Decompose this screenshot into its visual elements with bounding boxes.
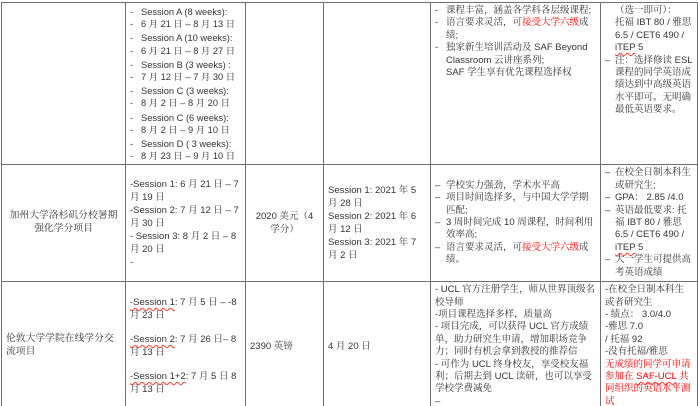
text-content: 6 月 21 日 – 8 月 13 日 [141,18,235,30]
spellcheck-underlined-text: -Session 1+2 [130,371,186,382]
text-line: -项目课程选择多样，质量高 [435,309,596,321]
text-segment: 接受大学六级 [522,17,579,28]
text-line: - 可作为 UCL 终身校友，享受校友福利；后期去到 UCL 读研，也可以享受学… [435,359,596,396]
text-content: SAF 学生享有优先课程选择权 [446,67,572,79]
document-page: -Session A (8 weeks):-6 月 21 日 – 8 月 13 … [0,0,698,406]
text-line: -Session A (8 weeks): [130,6,241,18]
text-line: – [435,396,596,406]
text-content: Session C (3 weeks): [141,85,229,97]
text-content: 课程丰富，涵盖各学科各层级课程; [446,5,591,17]
text-segment: Session A (10 weeks): [141,33,232,43]
text-line: -7 月 12 日 – 7 月 30 日 [130,71,241,83]
text-segment: 5 [635,242,643,253]
price-value: 2020 美元（4 学分） [250,210,319,236]
text-segment: 8 月 2 日 – 9 月 10 日 [141,125,230,135]
text-line: -独家新生培训活动及 SAF Beyond Classroom 云讲座系列; [435,42,596,67]
text-segment: Session 1: 2021 年 5 月 28 日 [328,185,416,209]
bullet-dash: – [435,217,446,229]
text-segment: GPA： 2.85 /4.0 [615,192,683,203]
cell-features-2: –学校实力强劲，学术水平高–项目时间选择多，与中国大学学期匹配;–3 周时间完成… [431,165,601,282]
text-content: 7 月 12 日 – 7 月 30 日 [141,71,235,83]
text-content: 在校全日制本科生或研究生; [615,167,693,192]
text-segment: -在校全日制本科生或者研究生 [605,284,684,307]
bullet-dash: - [130,138,141,150]
bullet-dash: - [130,112,141,124]
text-content: Session B (3 weeks) : [141,59,231,71]
text-segment: 接受大学六级 [522,242,579,253]
bullet-dash: - [435,17,446,29]
text-segment: 5 [635,42,643,53]
text-segment: -雅思 7.0 [605,321,643,332]
text-content: -没有托福/雅思 [605,346,668,357]
text-line: -6 月 21 日 – 8 月 27 日 [130,45,241,57]
text-line: -Session 2: 7 月 26 日– 8 月 13 日 [130,333,241,359]
text-content: 注：选择修读 ESL 课程的同学英语成绩达到中高级英语水平即可。无明确最低英语要… [615,55,693,117]
text-line: -Session 1: 6 月 21 日 – 7 月 19 日 [130,178,241,204]
text-content: Session A (10 weeks): [141,32,232,44]
text-segment: -没有托福/雅思 [605,346,668,357]
bullet-dash: – [435,180,446,192]
text-content: - Session 3: 8 月 2 日 – 8 月 20 日 [130,231,236,255]
text-segment: Session C (6 weeks): [141,113,229,123]
cell-price-2: 2020 美元（4 学分） [246,165,324,282]
table-row-1: -Session A (8 weeks):-6 月 21 日 – 8 月 13 … [2,3,698,165]
text-content: - 可作为 UCL 终身校友，享受校友福利；后期去到 UCL 读研，也可以享受学… [435,359,592,395]
cell-features-1: -课程丰富，涵盖各学科各层级课程;-语言要求灵活，可接受大学六级成绩;-独家新生… [431,3,601,165]
text-line: -8 月 23 日 – 9 月 10 日 [130,150,241,162]
text-segment: - [130,257,133,268]
text-content: -Session 2: 7 月 26 日– 8 月 13 日 [130,334,236,358]
bullet-dash: - [435,5,446,17]
text-line: - UCL 官方注册学生，师从世界顶级名校导师 [435,284,596,309]
text-content: Session 3: 2021 年 7 月 2 日 [328,237,416,261]
text-content: Session 1: 2021 年 5 月 28 日 [328,185,416,209]
text-segment: 6 月 21 日 – 8 月 13 日 [141,19,235,29]
bullet-dash: – [605,254,615,266]
text-line: -Session 1+2: 7 月 5 日 8 月 13 日 [130,370,241,396]
text-line: - 项目完成，可以获得 UCL 官方成绩单，助力研究生申请，增加职场竞争力；同时… [435,321,596,358]
spellcheck-underlined-text: SAF-UCL [636,371,676,382]
program-comparison-table: -Session A (8 weeks):-6 月 21 日 – 8 月 13 … [1,2,698,406]
text-segment: 8 月 2 日 – 8 月 20 日 [141,98,230,108]
text-segment: -Session 2: 7 月 12 日 – 7 月 30 日 [130,205,239,229]
program-title: 加州大学洛杉矶分校暑期强化学分项目 [6,210,121,236]
text-content: 语言要求灵活，可接受大学六级成绩; [446,17,596,42]
bullet-dash: – [435,192,446,204]
text-content: 语言要求灵活，可接受大学六级成绩。 [446,242,596,267]
text-line: - [130,256,241,269]
text-line: （选一即可）： [605,5,693,17]
text-content: -在校全日制本科生或者研究生 [605,284,684,307]
bullet-dash: - [130,71,141,83]
text-segment: 在校全日制本科生或研究生; [615,167,691,190]
text-content: 托福 IBT 80 / 雅思 6.5 / CET6 490 / iTEP 5 [615,17,693,54]
text-segment: 学校实力强劲，学术水平高 [446,180,560,191]
text-line: -Session C (6 weeks): [130,112,241,124]
bullet-dash: - [130,18,141,30]
text-segment: Session B (3 weeks) : [141,60,231,70]
bullet-dash: – [605,167,615,179]
cell-requirements-1: （选一即可）：托福 IBT 80 / 雅思 6.5 / CET6 490 / i… [601,3,698,165]
text-line: –3 周时间完成 10 周课程，时间利用效率高; [435,217,596,242]
text-segment: - Session 3: 8 月 2 日 – 8 月 20 日 [130,231,236,255]
text-line: –英语最低要求: 托福 IBT 80 / 雅思 6.5 / CET6 490 /… [605,205,693,255]
text-segment: （选一即可）： [615,5,677,16]
bullet-dash: – [605,205,615,217]
text-content: 大一学生可提供高考英语成绩 [615,254,693,279]
text-content: 3 周时间完成 10 周课程，时间利用效率高; [446,217,596,242]
text-content: – [435,396,440,406]
text-segment: 大一学生可提供高考英语成绩 [615,254,691,277]
text-content: Session 2: 2021 年 6 月 12 日 [328,211,416,235]
text-line: -Session C (3 weeks): [130,85,241,97]
text-line: -Session 1: 7 月 5 日 – -8 月 23 日 [130,296,241,322]
text-content: / 托福 92 [605,334,643,345]
text-segment: Session A (8 weeks): [141,7,227,17]
bullet-dash: - [130,124,141,136]
cell-requirements-2: –在校全日制本科生或研究生;–GPA： 2.85 /4.0–英语最低要求: 托福… [601,165,698,282]
text-content: 6 月 21 日 – 8 月 27 日 [141,45,235,57]
text-content: 英语最低要求: 托福 IBT 80 / 雅思 6.5 / CET6 490 / … [615,205,693,255]
text-content: - UCL 官方注册学生，师从世界顶级名校导师 [435,284,595,307]
text-line: Session 1: 2021 年 5 月 28 日 [328,184,426,210]
cell-price-1 [246,3,324,165]
text-content: -Session 1+2: 7 月 5 日 8 月 13 日 [130,371,236,395]
text-segment: 课程丰富，涵盖各学科各层级课程; [446,5,591,16]
text-line: / 托福 92 [605,334,693,346]
text-line: - 绩点： 3.0/4.0 [605,309,693,321]
text-segment: 独家新生培训活动及 SAF Beyond Classroom 云讲座系列; [446,42,587,65]
bullet-dash: - [130,97,141,109]
text-content: 8 月 2 日 – 8 月 20 日 [141,97,230,109]
text-line: -Session D ( 3 weeks): [130,138,241,150]
cell-program-name-2: 加州大学洛杉矶分校暑期强化学分项目 [2,165,126,282]
text-segment: Session D ( 3 weeks): [141,139,231,149]
text-line: -课程丰富，涵盖各学科各层级课程; [435,5,596,17]
text-content: 项目时间选择多，与中国大学学期匹配; [446,192,596,217]
text-segment: 6 月 21 日 – 8 月 27 日 [141,46,235,56]
text-content: - [130,257,133,268]
text-segment: 语言要求灵活，可 [446,242,522,253]
text-line: SAF 学生享有优先课程选择权 [435,67,596,79]
text-segment: SAF 学生享有优先课程选择权 [446,67,572,78]
text-line: –注：选择修读 ESL 课程的同学英语成绩达到中高级英语水平即可。无明确最低英语… [605,55,693,117]
text-segment: -项目课程选择多样，质量高 [435,309,552,320]
text-segment: 注：选择修读 ESL 课程的同学英语成绩达到中高级英语水平即可。无明确最低英语要… [615,55,692,116]
text-line: -Session A (10 weeks): [130,32,241,44]
bullet-dash: - [130,45,141,57]
text-content: -Session 1: 6 月 21 日 – 7 月 19 日 [130,179,239,203]
cell-session-dates-2: -Session 1: 6 月 21 日 – 7 月 19 日-Session … [126,165,246,282]
cell-deadline-3: 4 月 20 日 [324,282,431,406]
text-segment: - UCL 官方注册学生，师从世界顶级名校导师 [435,284,595,307]
text-content: Session C (6 weeks): [141,112,229,124]
text-line: –学校实力强劲，学术水平高 [435,180,596,192]
text-line: 托福 IBT 80 / 雅思 6.5 / CET6 490 / iTEP 5 [605,17,693,54]
text-line: -6 月 21 日 – 8 月 13 日 [130,18,241,30]
text-segment: 8 月 23 日 – 9 月 10 日 [141,151,235,161]
text-line: –语言要求灵活，可接受大学六级成绩。 [435,242,596,267]
text-segment: 英语最低要求: 托福 IBT 80 / 雅思 6.5 / CET6 490 / [615,205,687,241]
text-segment: 7 月 12 日 – 7 月 30 日 [141,72,235,82]
text-content: GPA： 2.85 /4.0 [615,192,683,204]
text-content: Session A (8 weeks): [141,6,227,18]
bullet-dash: - [130,59,141,71]
text-segment: 3 周时间完成 10 周课程，时间利用效率高; [446,217,593,240]
cell-program-name-3: 伦敦大学学院在线学分交流项目 [2,282,126,406]
text-content: （选一即可）： [615,5,677,17]
table-row-3: 伦敦大学学院在线学分交流项目 -Session 1: 7 月 5 日 – -8 … [2,282,698,406]
text-line: –GPA： 2.85 /4.0 [605,192,693,204]
text-content: Session D ( 3 weeks): [141,138,231,150]
text-line: -在校全日制本科生或者研究生 [605,284,693,309]
bullet-dash: - [435,42,446,54]
text-content: - 绩点： 3.0/4.0 [605,309,671,320]
cell-features-3: - UCL 官方注册学生，师从世界顶级名校导师-项目课程选择多样，质量高- 项目… [431,282,601,406]
text-line: -Session B (3 weeks) : [130,59,241,71]
text-content: -雅思 7.0 [605,321,643,332]
text-segment: - 绩点： 3.0/4.0 [605,309,671,320]
text-line: - Session 3: 8 月 2 日 – 8 月 20 日 [130,230,241,256]
cell-session-dates-3: -Session 1: 7 月 5 日 – -8 月 23 日-Session … [126,282,246,406]
text-line: Session 3: 2021 年 7 月 2 日 [328,236,426,262]
text-line: -没有托福/雅思 [605,346,693,358]
text-line: -8 月 2 日 – 8 月 20 日 [130,97,241,109]
text-line: –在校全日制本科生或研究生; [605,167,693,192]
bullet-dash: – [605,55,615,67]
text-content: -项目课程选择多样，质量高 [435,309,552,320]
text-line: -Session 2: 7 月 12 日 – 7 月 30 日 [130,204,241,230]
text-line: -雅思 7.0 [605,321,693,333]
text-line: –项目时间选择多，与中国大学学期匹配; [435,192,596,217]
bullet-dash: - [130,32,141,44]
bullet-dash: – [435,242,446,254]
text-segment: - 可作为 UCL 终身校友，享受校友福利；后期去到 UCL 读研，也可以享受学… [435,359,592,395]
spellcheck-underlined-text: iTEP [615,242,635,253]
spellcheck-underlined-text: -Session 2 [130,334,175,345]
text-content: 独家新生培训活动及 SAF Beyond Classroom 云讲座系列; [446,42,596,67]
text-line: -语言要求灵活，可接受大学六级成绩; [435,17,596,42]
text-content: 8 月 2 日 – 9 月 10 日 [141,124,230,136]
text-segment: / 托福 92 [605,334,643,345]
bullet-dash: - [130,85,141,97]
text-content: 8 月 23 日 – 9 月 10 日 [141,150,235,162]
text-segment: - 项目完成，可以获得 UCL 官方成绩单，助力研究生申请，增加职场竞争力；同时… [435,321,588,357]
text-segment: 语言要求灵活，可 [446,17,522,28]
cell-deadline-1 [324,3,431,165]
text-segment: Session C (3 weeks): [141,86,229,96]
text-content: -Session 1: 7 月 5 日 – -8 月 23 日 [130,297,237,321]
text-content: -Session 2: 7 月 12 日 – 7 月 30 日 [130,205,239,229]
price-value: 2390 英镑 [250,340,319,353]
cell-program-name-1 [2,3,126,165]
deadline-value: 4 月 20 日 [328,340,426,353]
table-row-2: 加州大学洛杉矶分校暑期强化学分项目 -Session 1: 6 月 21 日 –… [2,165,698,282]
text-segment: 项目时间选择多，与中国大学学期匹配; [446,192,589,215]
text-segment: -Session 1: 6 月 21 日 – 7 月 19 日 [130,179,239,203]
bullet-dash: - [130,150,141,162]
text-line: Session 2: 2021 年 6 月 12 日 [328,210,426,236]
text-segment: 托福 IBT 80 / 雅思 6.5 / CET6 490 / [615,17,691,40]
text-content: - 项目完成，可以获得 UCL 官方成绩单，助力研究生申请，增加职场竞争力；同时… [435,321,588,357]
text-segment: – [435,396,440,406]
program-title: 伦敦大学学院在线学分交流项目 [6,333,121,359]
cell-deadline-2: Session 1: 2021 年 5 月 28 日Session 2: 202… [324,165,431,282]
cell-requirements-3: -在校全日制本科生或者研究生- 绩点： 3.0/4.0-雅思 7.0/ 托福 9… [601,282,698,406]
spellcheck-underlined-text: iTEP [615,42,635,53]
bullet-dash: - [130,6,141,18]
text-line: -8 月 2 日 – 9 月 10 日 [130,124,241,136]
text-content: 学校实力强劲，学术水平高 [446,180,560,192]
text-line: 无成绩的同学可申请参加在 SAF-UCL 共同组织的英语水平测试 [605,359,693,406]
text-line: –大一学生可提供高考英语成绩 [605,254,693,279]
cell-session-dates-1: -Session A (8 weeks):-6 月 21 日 – 8 月 13 … [126,3,246,165]
bullet-dash: – [605,192,615,204]
spellcheck-underlined-text: -Session 1 [130,297,175,308]
text-segment: Session 3: 2021 年 7 月 2 日 [328,237,416,261]
text-content: 无成绩的同学可申请参加在 SAF-UCL 共同组织的英语水平测试 [605,359,691,406]
cell-price-3: 2390 英镑 [246,282,324,406]
text-segment: Session 2: 2021 年 6 月 12 日 [328,211,416,235]
